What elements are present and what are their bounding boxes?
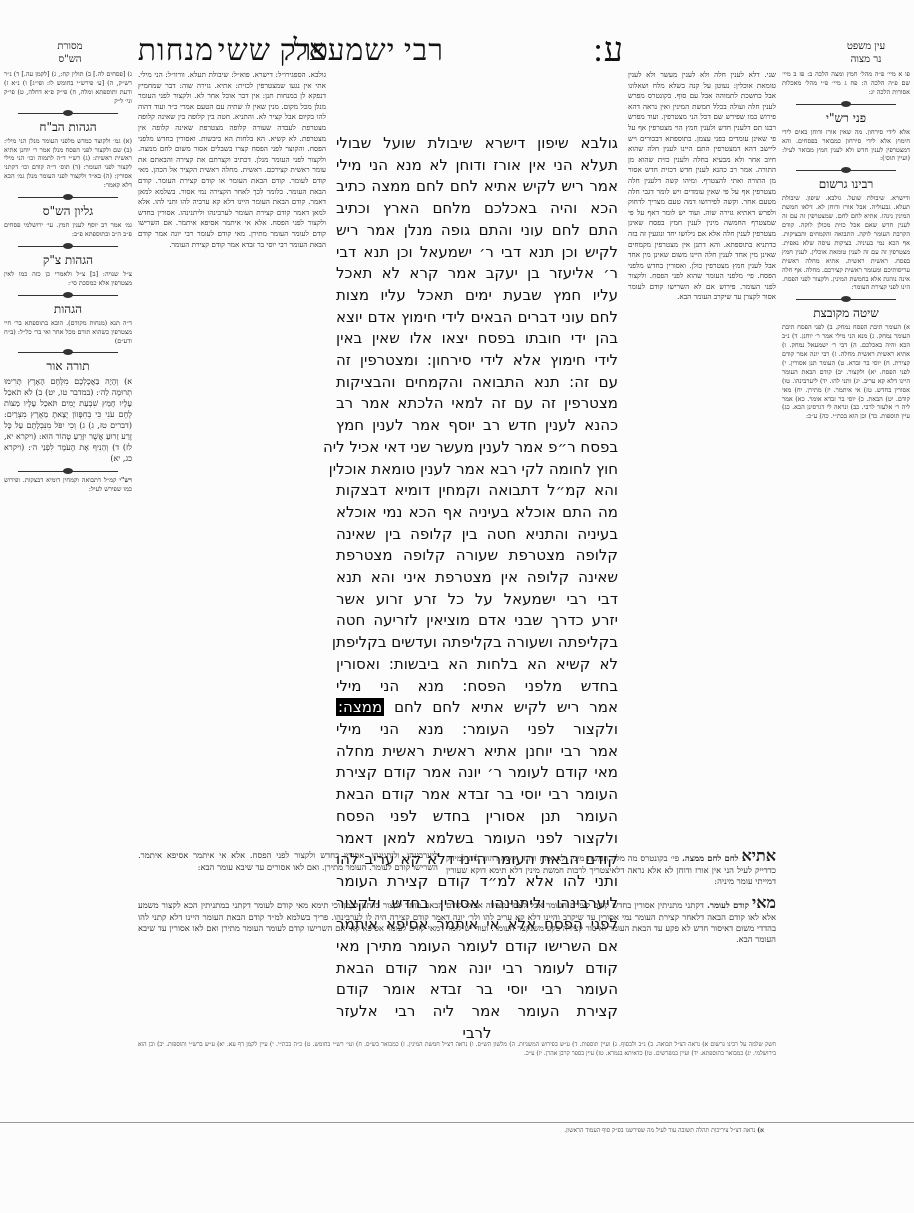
gemara-line: עם זה: תנא התבואה והקמחים והבציקות <box>336 372 618 394</box>
gemara-line: קלופה מצטרפת שעורה קלופה מצטרפת <box>336 545 618 567</box>
lower-tosafot: אתיא לחם לחם ממצה. פי׳ בקונטרס מה מלה חמ… <box>446 842 776 895</box>
tosafot-dibur-hamatchil-1: אתיא <box>741 846 776 865</box>
section-heading-hagahot-habach: הגהות הב"ח <box>4 119 132 135</box>
section-divider <box>18 348 118 356</box>
gemara-line: מה התם אוכלא בעיניה אף הכא נמי אוכלא <box>336 502 618 524</box>
gemara-line: יזרע כדרך שבני אדם מוציאין לזריעה חטה <box>336 610 618 632</box>
gemara-line: בהן ידי חובתו בפסח יצאו אלו שאין באין <box>336 328 618 350</box>
right-margin-column: פו א מיי׳ פ״ה מהל׳ חמץ ומצה הלכה ב: פז ב… <box>782 70 910 1120</box>
page-number: ע: <box>593 34 624 68</box>
gemara-line: אמר רבי יוחנן אתיא ראשית ראשית מחלה <box>336 741 618 763</box>
section-divider <box>796 166 896 174</box>
gilyon-hashas-text: גמ׳ אמר רב יוסף לענין חמץ. עי׳ ירושלמי פ… <box>4 221 132 239</box>
gemara-line: בקליפתה ושעורה בקליפתה ועדשים בקליפתן <box>336 632 618 654</box>
torah-or-text: א) וְהָיָה בַּאֲכָלְכֶם מִלֶּחֶם הָאָרֶץ… <box>4 376 132 464</box>
section-heading-hagahot: הגהות <box>4 301 132 317</box>
rabbeinu-gershom-text: ודישרא. שיבולת שועל. גולבא. שיפון. שיבול… <box>782 194 910 292</box>
gemara-line: מצטרפין זה עם זה למאי הלכתא אמר רב <box>336 393 618 415</box>
masoret-label-line2: הש"ס <box>40 53 100 66</box>
gemara-line: שאינה קלופה אין מצטרפת איני והא תנא <box>336 567 618 589</box>
ein-mishpat-label-line1: עין משפט <box>836 40 896 53</box>
gemara-line: לקיש וכן תנא דבי ר׳ ישמעאל וכן תנא דבי <box>336 242 618 264</box>
section-heading-gilyon-hashas: גליון הש"ס <box>4 203 132 219</box>
left-margin-column: ג) [פסחים לה.] ב) תולין קח:, ג) [לקמן עה… <box>4 70 132 1120</box>
shita-mekubetzet-text: א) העומר תיבת הפסח נמחק. ב) לפני הפסח תי… <box>782 323 910 421</box>
ein-mishpat-text: פו א מיי׳ פ״ה מהל׳ חמץ ומצה הלכה ב: פז ב… <box>782 70 910 97</box>
footnote: א) נראה דצ״ל ציריכות תהלה תשובה עוד לעיל… <box>344 1127 764 1136</box>
hagahot-tzk-text: צ״ל שנויה: [ב] צ״ל ולאמרי כן כזה כמו לאי… <box>4 270 132 288</box>
gemara-line: דבי רבי ישמעאל על כל זרע זרוע אשר <box>336 589 618 611</box>
footnote-marker: א) <box>757 1127 764 1134</box>
masoret-hashas-label: מסורת הש"ס <box>40 40 100 66</box>
gemara-line: ולקצור לפני העומר: מנא הני מילי <box>336 719 618 741</box>
small-notes-text: חשק שלמה על רבינו גרשום א) נראה דצ״ל תבו… <box>138 1041 776 1058</box>
chashak-shlomo-notes: חשק שלמה על רבינו גרשום א) נראה דצ״ל תבו… <box>138 1035 776 1120</box>
gemara-line: מאי קודם לעומר ר׳ יונה אמר קודם קצירת <box>336 762 618 784</box>
search-highlight: ממצה: <box>336 698 384 716</box>
gemara-line: העומר רבי יוסי בר זבדא אמר קודם הבאת <box>336 784 618 806</box>
gemara-line: הכא והיה באכלכם מלחם הארץ וכתיב <box>336 198 618 220</box>
section-heading-shita-mekubetzet: שיטה מקובצת <box>782 305 910 321</box>
gemara-line: תעלא הני אין אורז ודוחן לא מנא הני מילי <box>336 155 618 177</box>
pnei-rashi-text: אלא לידי סירחון. מה שאין אורז ודוחן באים… <box>782 128 910 164</box>
section-divider <box>18 193 118 201</box>
footnote-text: נראה דצ״ל ציריכות תהלה תשובה עוד לעיל מה… <box>564 1127 755 1134</box>
tosafot-column: שני. דלא לענין חלה ולא לענין מעשר ולא לע… <box>628 70 776 840</box>
ein-mishpat-label-line2: נר מצוה <box>836 53 896 66</box>
lower-rashi: ליערבינהו. וליתנינהו. אסורין בחדש ולקצור… <box>138 842 438 881</box>
footnote-divider <box>0 1122 914 1123</box>
masoret-label-line1: מסורת <box>40 40 100 53</box>
hagahot-text: ד״ה תנא (מנחות מקודם). הובא בתוספתא בר׳ … <box>4 319 132 346</box>
tosafot-dibur-hamatchil-2-rest: קודם לעומר. <box>707 900 749 910</box>
rashi-note-label: רש"י <box>119 476 132 484</box>
section-heading-rabbeinu-gershom: רבינו גרשום <box>782 176 910 192</box>
gemara-line: לחם עוני דברים הבאים לידי חימוץ אדם יוצא <box>336 307 618 329</box>
gemara-line: אמר ריש לקיש אתיא לחם לחם ממצה כתיב <box>336 176 618 198</box>
gemara-line: בעיניה והתניא חטה בין קלופה בין שאינה <box>336 524 618 546</box>
gemara-line: אמר ריש לקיש אתיא לחם לחם ממצה: <box>336 697 618 719</box>
tosafot-dibur-hamatchil-2: מאי <box>752 893 776 912</box>
tosafot-entry-2-text: דקתני מתניתין אסורין בחדש קודם קצירת העו… <box>138 900 776 944</box>
section-divider <box>796 295 896 303</box>
section-divider <box>18 467 118 475</box>
masoret-hashas-text: ג) [פסחים לה.] ב) תולין קח:, ג) [לקמן עה… <box>4 70 132 106</box>
tosafot-entry-1: אתיא לחם לחם ממצה. פי׳ בקונטרס מה מלה חמ… <box>446 850 776 887</box>
tractate-name: מנחות <box>138 34 214 68</box>
gemara-line: והא קמ״ל דתבואה וקמחין דומיא דבצקות <box>336 480 618 502</box>
section-divider <box>18 291 118 299</box>
gemara-line: בחדש מלפני הפסח: מנא הני מילי <box>336 676 618 698</box>
ein-mishpat-label: עין משפט נר מצוה <box>836 40 896 66</box>
lower-commentary-block: אתיא לחם לחם ממצה. פי׳ בקונטרס מה מלה חמ… <box>138 842 776 1032</box>
section-divider <box>18 242 118 250</box>
gemara-line: לידי חימוץ אלא לידי סירחון: ומצטרפין זה <box>336 350 618 372</box>
gemara-line: גולבא שיפון דישרא שיבולת שועל שבולי <box>336 133 618 155</box>
rashi-note-body: קמ״ל דתבואה וקמחין דומיא דבצקות. ופירוש … <box>4 476 132 493</box>
gemara-line: לא קשיא הא בלחות הא ביבשות: ואסורין <box>336 654 618 676</box>
hagahot-habach-text: (א) גמ׳ ולקוצר כמדש מלפני העומר מנלן הני… <box>4 137 132 190</box>
rashi-column: גולבא. הספגירו״ל: דישרא. פוא״ל: שיבולת ת… <box>138 70 326 840</box>
tosafot-dibur-hamatchil-1-rest: לחם לחם ממצה. <box>682 853 739 863</box>
section-divider <box>796 100 896 108</box>
section-heading-hagahot-tzk: הגהות צ"ק <box>4 252 132 268</box>
gemara-line: ר׳ אליעזר בן יעקב אמר קרא לא תאכל <box>336 263 618 285</box>
section-heading-pnei-rashi: פני רש"י <box>782 110 910 126</box>
section-divider <box>18 109 118 117</box>
gemara-line: עליו חמץ שבעת ימים תאכל עליו מצות <box>336 285 618 307</box>
gemara-line: התם לחם עוני והתם גופה מנלן אמר ריש <box>336 220 618 242</box>
gemara-line: העומר תנן אסורין בחדש לפני הפסח <box>336 806 618 828</box>
gemara-line: כהנא לענין חדש רב יוסף אמר לענין חמץ <box>336 415 618 437</box>
rashi-text: גולבא. הספגירו״ל: דישרא. פוא״ל: שיבולת ת… <box>138 70 326 250</box>
rashi-note-text: רש"י קמ״ל דתבואה וקמחין דומיא דבצקות. ופ… <box>4 476 132 494</box>
section-heading-torah-or: תורה אור <box>4 358 132 374</box>
chapter-number: פרק ששי <box>218 34 329 68</box>
gemara-line: חוץ לחומה לקי רבא אמר לענין טומאת אוכלין <box>336 459 618 481</box>
rashi-continuation-text: ליערבינהו. וליתנינהו. אסורין בחדש ולקצור… <box>138 850 438 872</box>
tosafot-text: שני. דלא לענין חלה ולא לענין מעשר ולא לע… <box>628 70 776 303</box>
tosafot-entry-2: מאי קודם לעומר. דקתני מתניתין אסורין בחד… <box>138 895 776 945</box>
gemara-line: בפסח ר״פ אמר לענין מעשר שני דאי אכיל ליה <box>336 437 618 459</box>
